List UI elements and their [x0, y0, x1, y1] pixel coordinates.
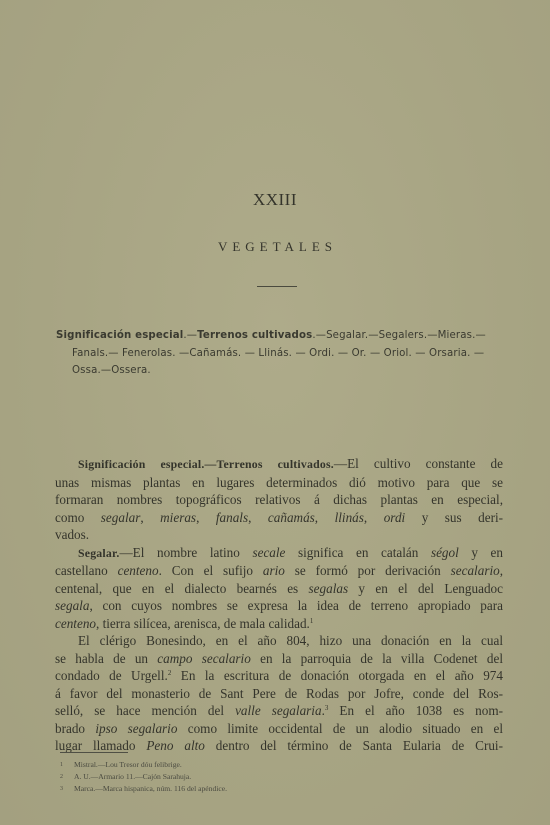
text: castellano — [55, 563, 118, 578]
footnote-text: A. U.—Armario 11.—Cajón Sarahuja. — [74, 772, 191, 781]
body-line: condado de Urgell.2 En la escritura de d… — [55, 667, 503, 685]
italic-term: llinás — [335, 510, 364, 525]
footnote-ref: 1 — [310, 617, 314, 625]
italic-term: campo secalario — [157, 651, 251, 666]
text: , tierra silícea, arenisca, de mala cali… — [96, 616, 310, 631]
body-line: unas mismas plantas en lugares determina… — [55, 474, 503, 492]
body-line: formaran nombres topográficos relativos … — [55, 491, 503, 509]
italic-term: ordi — [384, 510, 406, 525]
italic-term: cañamás — [268, 510, 315, 525]
body-line: se habla de un campo secalario en la par… — [55, 650, 503, 668]
body-line: á favor del monasterio de Sant Pere de R… — [55, 685, 503, 703]
footnote: 3Marca.—Marca hispanica, núm. 116 del ap… — [60, 783, 460, 795]
body-line: Significación especial.—Terrenos cultiva… — [55, 455, 503, 474]
italic-term: fanals — [216, 510, 248, 525]
text: y en — [459, 545, 503, 560]
italic-term: secale — [252, 545, 285, 560]
text: se formó por derivación — [285, 563, 451, 578]
text: como — [55, 510, 101, 525]
text: , — [248, 510, 268, 525]
text: dentro del término de Santa Eularia de C… — [205, 738, 503, 753]
footnotes: 1Mistral.—Lou Tresor dóu felibrige. 2A. … — [60, 759, 460, 795]
chapter-number: XXIII — [0, 190, 550, 210]
body-line: brado ipso segalario como limite occiden… — [55, 720, 503, 738]
section-heading: Segalar. — [78, 546, 119, 560]
footnote-mark: 1 — [60, 760, 74, 771]
text: centenal, que en el dialecto bearnés es — [55, 581, 309, 596]
text: , con cuyos nombres se expresa la idea d… — [89, 598, 503, 613]
footnote: 1Mistral.—Lou Tresor dóu felibrige. — [60, 759, 460, 771]
footnote-text: Mistral.—Lou Tresor dóu felibrige. — [74, 760, 182, 769]
text: En el año 1038 es nom- — [328, 703, 503, 718]
body-line: como segalar, mieras, fanals, cañamás, l… — [55, 509, 503, 527]
text: , — [140, 510, 160, 525]
text: lugar llamado — [55, 738, 146, 753]
text: , — [315, 510, 335, 525]
chapter-summary: Significación especial.—Terrenos cultiva… — [56, 327, 504, 380]
text: se habla de un — [55, 651, 157, 666]
text: —El cultivo constante de — [334, 456, 503, 471]
body-line: segala, con cuyos nombres se expresa la … — [55, 597, 503, 615]
text: En la escritura de donación otorgada en … — [171, 668, 503, 683]
text: y sus deri- — [405, 510, 503, 525]
italic-term: centeno — [55, 616, 96, 631]
summary-text: .— — [183, 330, 197, 341]
italic-term: segalas — [309, 581, 349, 596]
body-line: centeno, tierra silícea, arenisca, de ma… — [55, 615, 503, 633]
text: , — [500, 563, 503, 578]
footnote-divider — [60, 752, 128, 753]
body-line: centenal, que en el dialecto bearnés es … — [55, 580, 503, 598]
text: . Con el sufijo — [159, 563, 263, 578]
body-line: El clérigo Bonesindo, en el año 804, hiz… — [55, 632, 503, 650]
summary-bold: Terrenos cultivados — [197, 330, 312, 341]
summary-text: .—Segalar.—Segalers.—Mieras.— — [312, 330, 486, 341]
italic-term: Peno alto — [146, 738, 205, 753]
text: significa en catalán — [285, 545, 431, 560]
section-heading: Significación especial.—Terrenos cultiva… — [78, 457, 334, 471]
body-line: vados. — [55, 526, 503, 544]
text: , — [196, 510, 216, 525]
italic-term: valle segalaria — [235, 703, 322, 718]
body-line: Segalar.—El nombre latino secale signifi… — [55, 544, 503, 563]
summary-line: Fanals.— Fenerolas. —Cañamás. — Llinás. … — [56, 345, 504, 363]
body-text: Significación especial.—Terrenos cultiva… — [55, 455, 503, 755]
summary-bold: Significación especial — [56, 330, 183, 341]
text: condado de Urgell. — [55, 668, 168, 683]
italic-term: ipso segalario — [95, 721, 177, 736]
text: brado — [55, 721, 95, 736]
body-line: castellano centeno. Con el sufijo ario s… — [55, 562, 503, 580]
summary-line: Significación especial.—Terrenos cultiva… — [56, 327, 504, 345]
summary-line: Ossa.—Ossera. — [56, 362, 504, 380]
text: en la parroquia de la villa Codenet del — [251, 651, 503, 666]
italic-term: mieras — [160, 510, 196, 525]
footnote-text: Marca.—Marca hispanica, núm. 116 del apé… — [74, 784, 227, 793]
text: , — [364, 510, 384, 525]
text: —El nombre latino — [119, 545, 252, 560]
italic-term: centeno — [118, 563, 159, 578]
body-line: selló, se hace mención del valle segalar… — [55, 702, 503, 720]
book-page: XXIII VEGETALES Significación especial.—… — [0, 0, 550, 825]
italic-term: segalar — [101, 510, 141, 525]
italic-term: ario — [263, 563, 285, 578]
italic-term: secalario — [451, 563, 500, 578]
chapter-title: VEGETALES — [0, 239, 550, 255]
footnote-mark: 3 — [60, 784, 74, 795]
italic-term: segala — [55, 598, 89, 613]
text: y en el del Lenguadoc — [348, 581, 503, 596]
footnote: 2A. U.—Armario 11.—Cajón Sarahuja. — [60, 771, 460, 783]
footnote-mark: 2 — [60, 772, 74, 783]
title-divider — [257, 286, 297, 287]
italic-term: ségol — [431, 545, 459, 560]
text: como limite occidental de un alodio situ… — [177, 721, 503, 736]
text: selló, se hace mención del — [55, 703, 235, 718]
